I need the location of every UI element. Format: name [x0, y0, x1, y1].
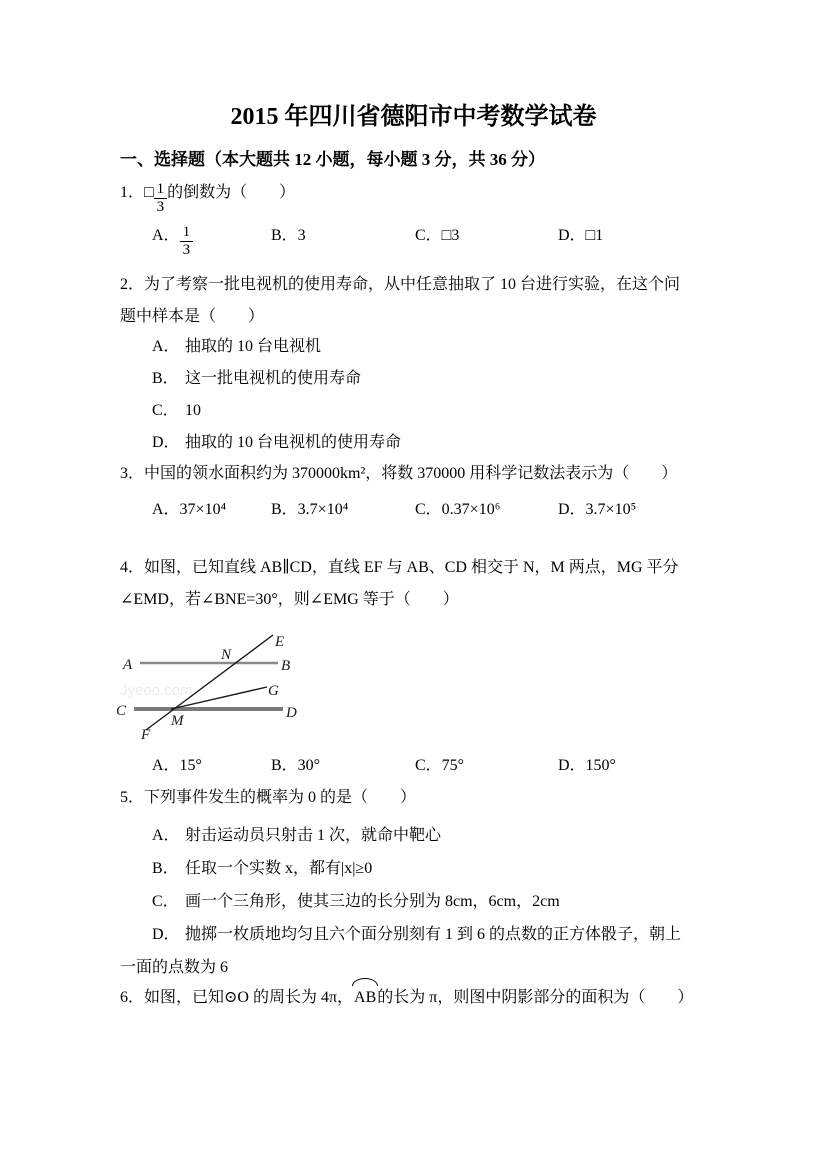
figure-label-c: C — [116, 703, 127, 719]
q2-option-a: A．抽取的 10 台电视机 — [120, 331, 720, 363]
q2-stem-line2: 题中样本是（ ） — [120, 301, 720, 333]
q1-option-b: B．3 — [271, 220, 415, 259]
question-5-stem: 5．下列事件发生的概率为 0 的是（ ） — [120, 782, 720, 814]
q5-option-d: D．抛掷一枚质地均匀且六个面分别刻有 1 到 6 的点数的正方体骰子，朝上 — [120, 918, 720, 951]
q4-option-d: D．150° — [558, 750, 720, 782]
q4-option-a: A．15° — [152, 750, 271, 782]
q2-option-b: B．这一批电视机的使用寿命 — [120, 363, 720, 395]
q2-option-c: C．10 — [120, 395, 720, 427]
option-label: A． — [152, 819, 185, 852]
question-6-stem: 6．如图，已知⊙O 的周长为 4π，AB的长为 π，则图中阴影部分的面积为（ ） — [120, 982, 720, 1014]
figure-label-g: G — [268, 683, 279, 699]
q1-option-a-label: A． — [152, 227, 180, 244]
figure-label-a: A — [122, 657, 133, 673]
document-title: 2015 年四川省德阳市中考数学试卷 — [0, 100, 827, 134]
fraction-numerator: 1 — [154, 182, 168, 200]
fraction-denominator: 3 — [154, 199, 168, 216]
fraction-denominator: 3 — [180, 242, 194, 259]
q2-stem-line1: 2．为了考察一批电视机的使用寿命，从中任意抽取了 10 台进行实验，在这个问 — [120, 269, 720, 301]
q1-stem-fraction: 13 — [154, 182, 168, 217]
q1-option-a-fraction: 13 — [180, 225, 194, 260]
question-4-stem: 4．如图，已知直线 AB∥CD，直线 EF 与 AB、CD 相交于 N，M 两点… — [120, 552, 720, 616]
q5-option-c: C．画一个三角形，使其三边的长分别为 8cm，6cm，2cm — [120, 885, 720, 918]
q5-option-d-continuation: 一面的点数为 6 — [120, 951, 720, 984]
q4-geometry-figure: Jyeoo.com E N A B G C D M F — [115, 622, 315, 757]
figure-label-m: M — [170, 713, 185, 729]
section-header: 一、选择题（本大题共 12 小题，每小题 3 分，共 36 分） — [120, 144, 720, 176]
figure-label-f: F — [140, 727, 151, 743]
option-text: 这一批电视机的使用寿命 — [185, 370, 361, 387]
q2-option-d: D．抽取的 10 台电视机的使用寿命 — [120, 427, 720, 459]
question-5-options: A．射击运动员只射击 1 次，就命中靶心 B．任取一个实数 x，都有|x|≥0 … — [120, 819, 720, 984]
question-3-stem: 3．中国的领水面积约为 370000km²，将数 370000 用科学记数法表示… — [120, 458, 720, 490]
figure-watermark: Jyeoo.com — [120, 682, 193, 699]
option-text: 任取一个实数 x，都有|x|≥0 — [185, 860, 372, 877]
q4-option-c: C．75° — [415, 750, 558, 782]
option-text: 画一个三角形，使其三边的长分别为 8cm，6cm，2cm — [185, 893, 560, 910]
option-text: 10 — [185, 402, 201, 419]
figure-label-n: N — [220, 647, 232, 663]
option-text: 抽取的 10 台电视机 — [185, 338, 321, 355]
q3-option-d: D．3.7×10⁵ — [558, 494, 720, 526]
option-label: A． — [152, 331, 185, 363]
option-label: B． — [152, 363, 185, 395]
option-text: 抽取的 10 台电视机的使用寿命 — [185, 434, 401, 451]
q4-stem-line1: 4．如图，已知直线 AB∥CD，直线 EF 与 AB、CD 相交于 N，M 两点… — [120, 552, 720, 584]
question-1-stem: 1．□13的倒数为（ ） — [120, 177, 720, 216]
option-label: D． — [152, 427, 185, 459]
q3-option-a: A．37×10⁴ — [152, 494, 271, 526]
q5-option-b: B．任取一个实数 x，都有|x|≥0 — [120, 852, 720, 885]
q4-stem-line2: ∠EMD，若∠BNE=30°，则∠EMG 等于（ ） — [120, 584, 720, 616]
q6-stem-prefix: 6．如图，已知⊙O 的周长为 4π， — [120, 989, 353, 1006]
q3-option-b: B．3.7×10⁴ — [271, 494, 415, 526]
arc-ab-symbol: AB — [353, 982, 377, 1014]
q1-stem-suffix: 的倒数为（ ） — [167, 184, 295, 201]
option-text: 射击运动员只射击 1 次，就命中靶心 — [185, 827, 441, 844]
question-2-options: A．抽取的 10 台电视机 B．这一批电视机的使用寿命 C．10 D．抽取的 1… — [120, 331, 720, 459]
figure-label-e: E — [274, 634, 284, 650]
question-2-stem: 2．为了考察一批电视机的使用寿命，从中任意抽取了 10 台进行实验，在这个问 题… — [120, 269, 720, 333]
question-4-options: A．15° B．30° C．75° D．150° — [120, 750, 720, 782]
figure-label-b: B — [281, 658, 290, 674]
q6-stem-suffix: 的长为 π，则图中阴影部分的面积为（ ） — [377, 989, 693, 1006]
q4-option-b: B．30° — [271, 750, 415, 782]
q1-option-d: D．□1 — [558, 220, 720, 259]
parallel-lines-diagram: Jyeoo.com E N A B G C D M F — [115, 622, 315, 757]
option-label: C． — [152, 395, 185, 427]
question-1-options: A．13 B．3 C．□3 D．□1 — [120, 220, 720, 259]
figure-label-d: D — [285, 705, 297, 721]
q5-option-a: A．射击运动员只射击 1 次，就命中靶心 — [120, 819, 720, 852]
q1-option-a: A．13 — [152, 220, 271, 259]
fraction-numerator: 1 — [180, 225, 194, 243]
option-label: D． — [152, 918, 185, 951]
option-label: B． — [152, 852, 185, 885]
q1-stem-prefix: 1．□ — [120, 184, 154, 201]
option-text: 抛掷一枚质地均匀且六个面分别刻有 1 到 6 的点数的正方体骰子，朝上 — [185, 926, 681, 943]
exam-paper-page: 2015 年四川省德阳市中考数学试卷 一、选择题（本大题共 12 小题，每小题 … — [0, 0, 827, 1169]
q3-option-c: C．0.37×10⁶ — [415, 494, 558, 526]
question-3-options: A．37×10⁴ B．3.7×10⁴ C．0.37×10⁶ D．3.7×10⁵ — [120, 494, 720, 526]
option-label: C． — [152, 885, 185, 918]
q1-option-c: C．□3 — [415, 220, 558, 259]
